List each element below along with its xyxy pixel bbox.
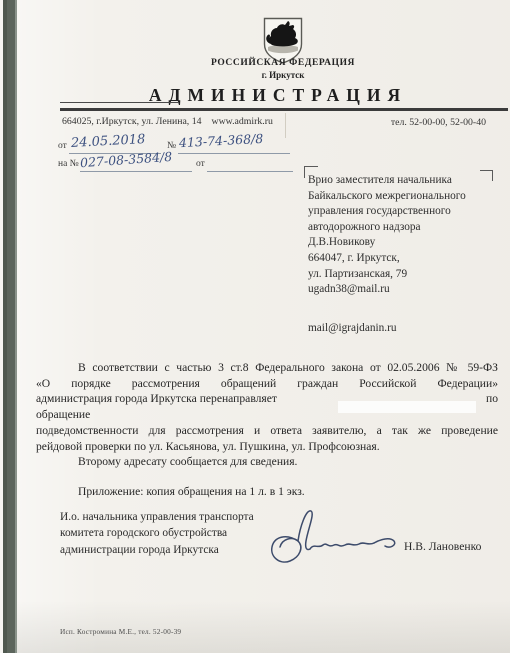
letterhead-address: 664025, г.Иркутск, ул. Ленина, 14	[62, 116, 202, 127]
scan-edge-strip	[0, 0, 18, 653]
scanned-letter-page: РОССИЙСКАЯ ФЕДЕРАЦИЯ г. Иркутск АДМИНИСТ…	[0, 0, 510, 653]
recipient-line: автодорожного надзора	[308, 220, 498, 236]
ref-from-label: от	[58, 141, 67, 151]
letterhead-country: РОССИЙСКАЯ ФЕДЕРАЦИЯ	[168, 58, 398, 68]
letter-body: В соответствии с частью 3 ст.8 Федеральн…	[36, 360, 498, 500]
executor-note: Исп. Костромина М.Е., тел. 52-00-39	[60, 627, 181, 636]
recipient-line: Д.В.Новикову	[308, 235, 498, 251]
body-line: по	[486, 391, 498, 407]
handwritten-signature	[268, 503, 404, 573]
redacted-area	[338, 401, 476, 413]
recipient-line: 664047, г. Иркутск,	[308, 251, 498, 267]
ref-reply-handwritten: 027-08-3584/8	[80, 149, 173, 170]
signer-name: Н.В. Лановенко	[404, 540, 504, 553]
ref-reply-date-underline	[207, 171, 293, 172]
recipient-line: управления государственного	[308, 204, 498, 220]
signer-position-block: И.о. начальника управления транспорта ко…	[60, 509, 300, 558]
ref-number-handwritten: 413-74-368/8	[179, 131, 264, 150]
body-line: рейдовой проверки по ул. Касьянова, ул. …	[36, 439, 498, 455]
letterhead-address-row: 664025, г.Иркутск, ул. Ленина, 14www.adm…	[62, 116, 312, 127]
recipient-line: Байкальского межрегионального	[308, 189, 498, 205]
header-rule-thick	[60, 108, 508, 111]
recipient-line: ул. Партизанская, 79	[308, 267, 498, 283]
letterhead-phone: тел. 52-00-00, 52-00-40	[391, 117, 486, 128]
header-rule-thin	[60, 102, 179, 103]
body-line-with-redaction: администрация города Иркутска перенаправ…	[36, 391, 498, 422]
body-paragraph-2: Второму адресату сообщается для сведения…	[36, 454, 498, 470]
ref-number-underline	[178, 153, 290, 154]
ref-date-handwritten: 24.05.2018	[71, 132, 146, 151]
recipient-line: Врио заместителя начальника	[308, 173, 498, 189]
recipient-address-block: Врио заместителя начальника Байкальского…	[308, 173, 498, 298]
body-line: администрация города Иркутска перенаправ…	[36, 391, 330, 422]
header-cell-divider	[285, 113, 286, 138]
recipient-email: ugadn38@mail.ru	[308, 282, 498, 298]
body-line: В соответствии с частью 3 ст.8 Федеральн…	[36, 360, 498, 376]
attachment-note: Приложение: копия обращения на 1 л. в 1 …	[36, 484, 498, 500]
letterhead-website: www.admirk.ru	[212, 116, 273, 127]
signer-position-line: комитета городского обустройства	[60, 525, 300, 541]
signer-position-line: администрации города Иркутска	[60, 542, 300, 558]
body-line: подведомственности для рассмотрения и от…	[36, 423, 498, 439]
body-line: «О порядке рассмотрения обращений гражда…	[36, 376, 498, 392]
ref-reply-underline	[80, 171, 192, 172]
ref-reply-label: на №	[58, 159, 79, 169]
signer-position-line: И.о. начальника управления транспорта	[60, 509, 300, 525]
second-addressee-email: mail@igrajdanin.ru	[308, 322, 498, 334]
ref-reply-from-label: от	[196, 159, 205, 169]
letterhead-city: г. Иркутск	[168, 70, 398, 80]
